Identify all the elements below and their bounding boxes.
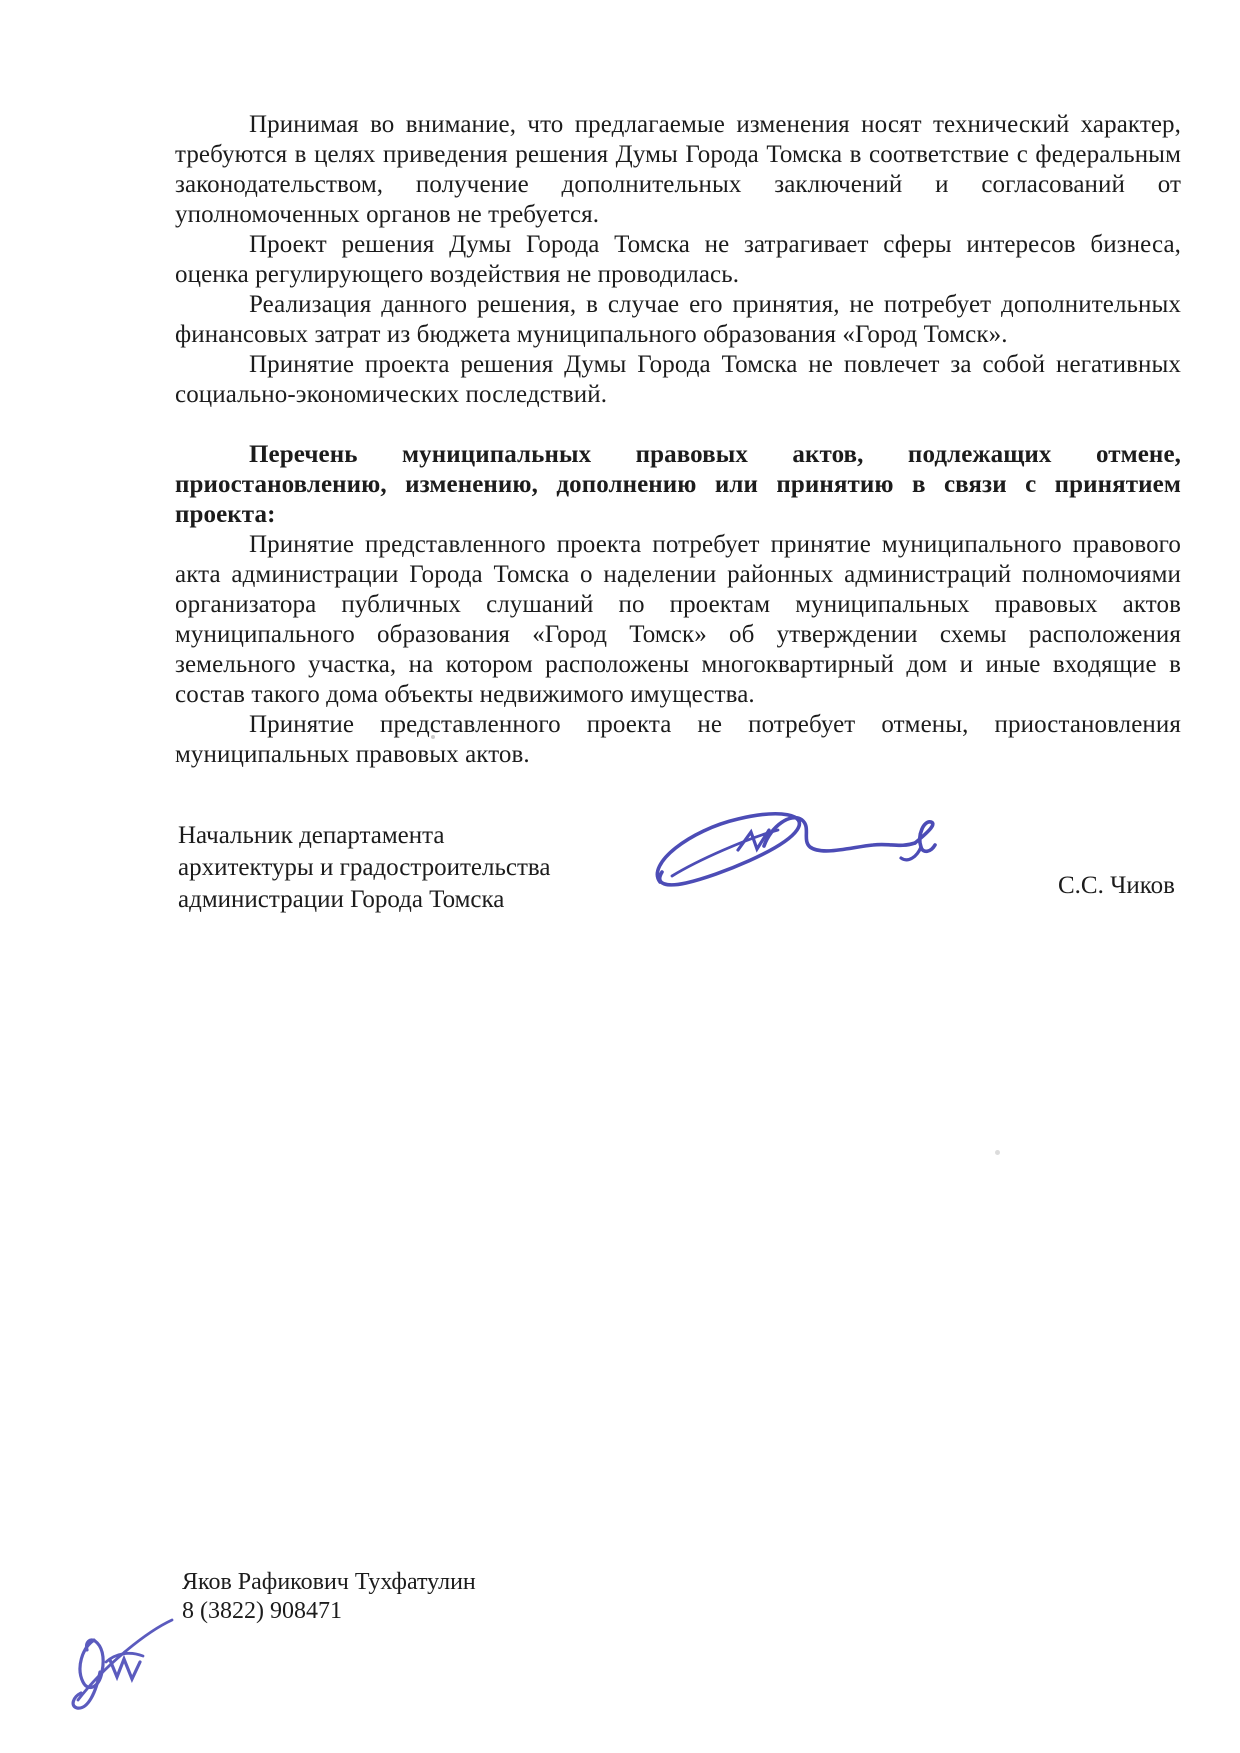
paragraph: Проект решения Думы Города Томска не зат… (175, 230, 1181, 290)
scan-speck (431, 735, 435, 739)
signer-name: С.С. Чиков (1058, 872, 1175, 900)
handwritten-initials-icon (58, 1610, 186, 1722)
paragraph: Принятие представленного проекта потребу… (175, 530, 1181, 710)
paragraph: Принимая во внимание, что предлагаемые и… (175, 110, 1181, 230)
job-title-line: Начальник департамента (178, 820, 550, 852)
handwritten-signature-icon (638, 786, 968, 906)
job-title-line: архитектуры и градостроительства (178, 852, 550, 884)
contact-name: Яков Рафикович Тухфатулин (182, 1568, 476, 1597)
paragraph: Принятие представленного проекта не потр… (175, 710, 1181, 770)
scan-speck (995, 1150, 1000, 1155)
contact-phone: 8 (3822) 908471 (182, 1597, 476, 1626)
footer-contact: Яков Рафикович Тухфатулин 8 (3822) 90847… (182, 1568, 476, 1626)
acts-list-heading: Перечень муниципальных правовых актов, п… (175, 440, 1181, 530)
document-body: Принимая во внимание, что предлагаемые и… (175, 110, 1181, 770)
document-page: Принимая во внимание, что предлагаемые и… (0, 0, 1240, 1753)
job-title-line: администрации Города Томска (178, 884, 550, 916)
paragraph: Реализация данного решения, в случае его… (175, 290, 1181, 350)
signer-job-title: Начальник департамента архитектуры и гра… (178, 820, 550, 916)
paragraph: Принятие проекта решения Думы Города Том… (175, 350, 1181, 410)
